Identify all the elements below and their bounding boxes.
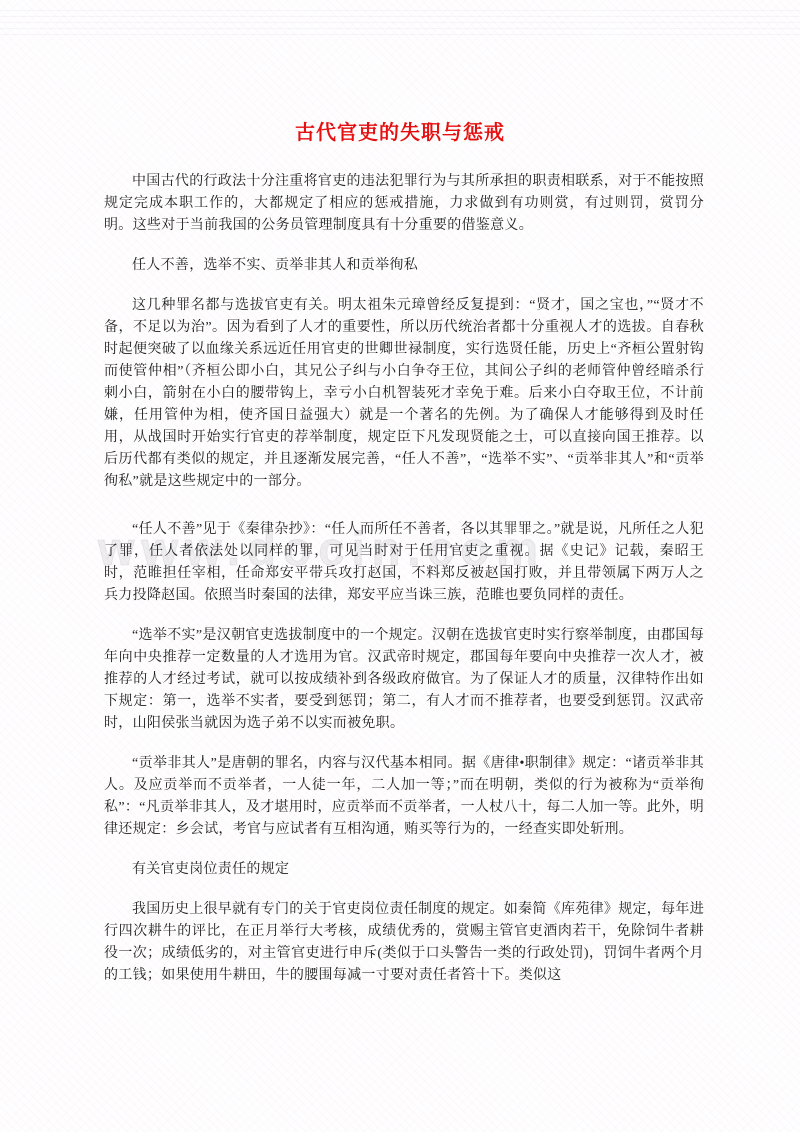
paragraph-selection-history: 这几种罪名都与选拔官吏有关。明太祖朱元璋曾经反复提到：“贤才，国之宝也，”“贤才… <box>104 295 704 493</box>
paragraph-intro: 中国古代的行政法十分注重将官吏的违法犯罪行为与其所承担的职责相联系，对于不能按照… <box>104 171 704 237</box>
paragraph-post-duty: 我国历史上很早就有专门的关于官吏岗位责任制度的规定。如秦简《库苑律》规定，每年进… <box>104 899 704 987</box>
paragraph-gongju-feiqiren: “贡举非其人”是唐朝的罪名，内容与汉代基本相同。据《唐律•职制律》规定：“诸贡举… <box>104 753 704 841</box>
paragraph-xuanju-bushi: “选举不实”是汉朝官吏选拔制度中的一个规定。汉朝在选拔官吏时实行察举制度，由郡国… <box>104 625 704 735</box>
document-body: 中国古代的行政法十分注重将官吏的违法犯罪行为与其所承担的职责相联系，对于不能按照… <box>0 147 800 987</box>
paragraph-renren-bushan: “任人不善”见于《秦律杂抄》：“任人而所任不善者，各以其罪罪之。”就是说，凡所任… <box>104 519 704 607</box>
section-heading-offenses: 任人不善，选举不实、贡举非其人和贡举徇私 <box>104 255 704 277</box>
document-title: 古代官吏的失职与惩戒 <box>0 0 800 147</box>
section-heading-post-duty: 有关官吏岗位责任的规定 <box>104 859 704 881</box>
document-page: www.docin.com 古代官吏的失职与惩戒 中国古代的行政法十分注重将官吏… <box>0 0 800 1132</box>
